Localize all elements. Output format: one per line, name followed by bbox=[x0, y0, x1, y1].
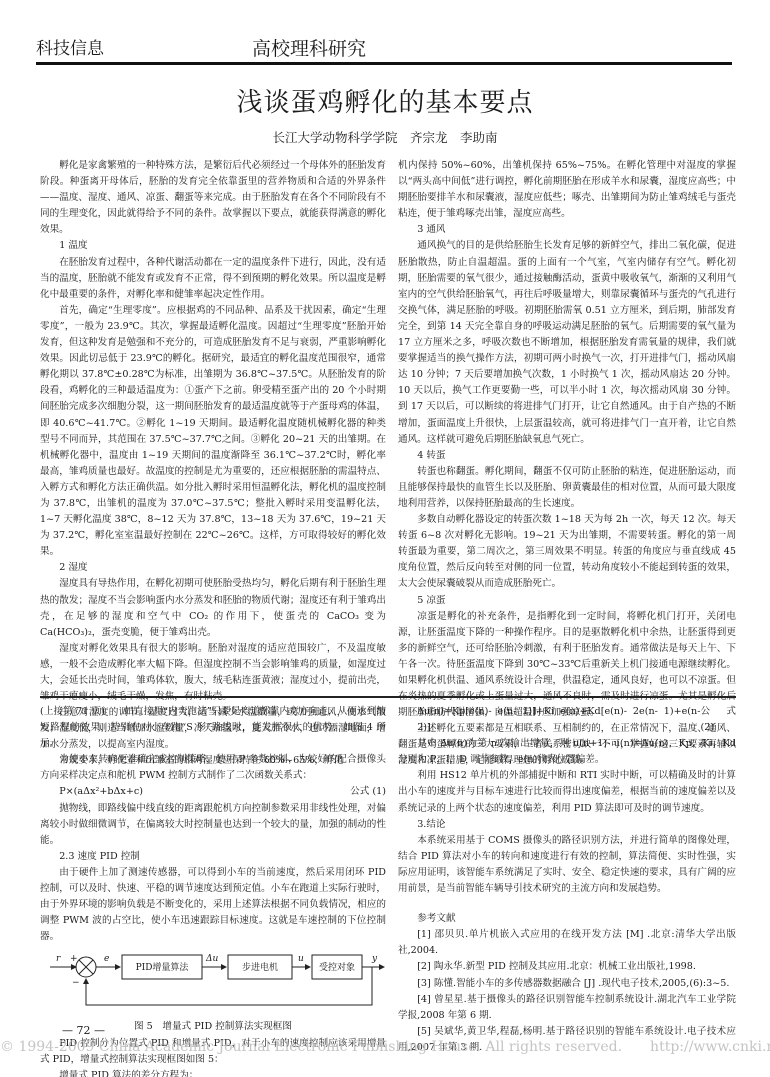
right-column-top: 机内保持 50%~60%，出雏机保持 65%~75%。在孵化管理中对湿度的掌握以… bbox=[398, 158, 736, 770]
minus-sign: − bbox=[72, 975, 80, 991]
paragraph: 湿度具有导热作用，在孵化初期可使胚胎受热均匀，孵化后期有利于胚胎生理热的散发；湿… bbox=[40, 576, 386, 640]
paragraph: 本系统采用基于 COMS 摄像头的路径识别方法，并进行简单的图像处理，结合 PI… bbox=[398, 833, 736, 897]
signal-delta-u: Δu bbox=[206, 951, 218, 967]
paragraph: 转蛋也称翻蛋。孵化期间，翻蛋不仅可防止胚胎的粘连，促进胚胎运动，而且能够保持最快… bbox=[398, 464, 736, 512]
formula-1-label: 公式 (1) bbox=[350, 784, 386, 800]
article-divider bbox=[40, 696, 736, 698]
reference-item: [3] 陈懂.智能小车的多传感器数据融合 [J] .现代电子技术,2005,(6… bbox=[398, 976, 736, 992]
right-column-bottom: Δu(n)=Kp[e(n)- e(n- 1)]+Ki e(n)+Kd[e(n)-… bbox=[398, 704, 736, 1056]
section-heading-turning: 4 转蛋 bbox=[398, 448, 736, 464]
journal-header: 科技信息 高校理科研究 bbox=[36, 34, 736, 64]
left-column-bottom: (上接第 71 页) 如直接用“内弯跑法”只要是弯道都靠内弯方向走，从而达到缩短… bbox=[40, 704, 386, 1077]
formula-1-expression: P×(aΔx²+bΔx+c) bbox=[59, 784, 143, 800]
pid-block-diagram: r + − e PID增量算法 Δu 步进电机 u 受控对象 y bbox=[40, 947, 386, 1019]
paragraph: 增量式 PID 算法的差分方程为： bbox=[40, 1068, 386, 1077]
paragraph: 孵化是家禽繁殖的一种特殊方法，是繁衍后代必须经过一个母体外的胚胎发育阶段。种蛋离… bbox=[40, 158, 386, 238]
signal-y: y bbox=[372, 951, 377, 967]
paragraph: 其中 Δu(n)为第 n 次输出增量，则 u(n+1)- u(n)=Δu(n)，… bbox=[398, 736, 736, 768]
block-controlled-object: 受控对象 bbox=[312, 960, 362, 976]
copyright-footer: © 1994-2009 China Academic Journal Elect… bbox=[0, 1036, 770, 1056]
section-heading-conclusion: 3.结论 bbox=[398, 817, 736, 833]
paragraph: 首先，确定“生理零度”。应根据鸡的不同品种、品系及干扰因素，确定“生理零度”，一… bbox=[40, 303, 386, 561]
section-heading-speed-pid: 2.3 速度 PID 控制 bbox=[40, 849, 386, 865]
reference-item: [2] 陶永华.新型 PID 控制及其应用.北京：机械工业出版社,1998. bbox=[398, 959, 736, 975]
signal-r: r bbox=[56, 951, 60, 967]
paragraph: 通风换气的目的是供给胚胎生长发育足够的新鲜空气，排出二氧化碳，促进胚胎散热，防止… bbox=[398, 238, 736, 447]
formula-1: P×(aΔx²+bΔx+c) 公式 (1) bbox=[40, 784, 386, 800]
reference-item: [4] 曾星星.基于摄像头的路径识别智能车控制系统设计.湖北汽车工业学院学报,2… bbox=[398, 992, 736, 1024]
references-title: 参考文献 bbox=[398, 911, 736, 927]
signal-e: e bbox=[104, 951, 109, 967]
plus-sign: + bbox=[70, 951, 78, 967]
journal-name: 科技信息 bbox=[36, 34, 104, 59]
paragraph: 由于硬件上加了测速传感器，可以得到小车的当前速度，然后采用闭环 PID 控制，可… bbox=[40, 865, 386, 945]
continued-paragraph: (上接第 71 页) 如直接用“内弯跑法”只要是弯道都靠内弯方向走，从而达到缩短… bbox=[40, 704, 386, 752]
section-heading-ventilation: 3 通风 bbox=[398, 222, 736, 238]
paragraph: 利用 HS12 单片机的外部捕捉中断和 RTI 实时中断，可以精确及时的计算出小… bbox=[398, 768, 736, 816]
section-heading-temperature: 1 温度 bbox=[40, 238, 386, 254]
signal-u: u bbox=[298, 951, 304, 967]
left-column-top: 孵化是家禽繁殖的一种特殊方法，是繁衍后代必须经过一个母体外的胚胎发育阶段。种蛋离… bbox=[40, 158, 386, 770]
section-heading-humidity: 2 湿度 bbox=[40, 560, 386, 576]
formula-2: Δu(n)=Kp[e(n)- e(n- 1)]+Ki e(n)+Kd[e(n)-… bbox=[398, 704, 736, 736]
block-stepper-motor: 步进电机 bbox=[228, 960, 292, 976]
article-title: 浅谈蛋鸡孵化的基本要点 bbox=[0, 82, 770, 119]
article-authors: 长江大学动物科学学院 齐宗龙 李助南 bbox=[0, 128, 770, 146]
paragraph: 抛物线，即路线偏中线直线的距离跟舵机方向控制参数采用非线性处理，对偏离较小时做细… bbox=[40, 801, 386, 849]
references: 参考文献 [1] 邵贝贝.单片机嵌入式应用的在线开发方法 [M] .北京:清华大… bbox=[398, 911, 736, 1056]
block-pid-increment: PID增量算法 bbox=[122, 960, 202, 976]
journal-section: 高校理科研究 bbox=[252, 34, 366, 61]
header-rule bbox=[36, 62, 732, 65]
section-heading-cooling: 5 凉蛋 bbox=[398, 593, 736, 609]
formula-2-expression: Δu(n)=Kp[e(n)- e(n- 1)]+Ki e(n)+Kd[e(n)-… bbox=[417, 704, 700, 736]
paragraph: 多数自动孵化器设定的转蛋次数 1~18 天为每 2h 一次，每天 12 次。每天… bbox=[398, 512, 736, 592]
reference-item: [1] 邵贝贝.单片机嵌入式应用的在线开发方法 [M] .北京:清华大学出版社,… bbox=[398, 927, 736, 959]
formula-2-label: 公式 (2) bbox=[700, 704, 736, 736]
paragraph: 机内保持 50%~60%，出雏机保持 65%~75%。在孵化管理中对湿度的掌握以… bbox=[398, 158, 736, 222]
paragraph: 在胚胎发育过程中，各种代谢活动都在一定的温度条件下进行，因此，没有适当的温度，胚… bbox=[40, 255, 386, 303]
paragraph: 为使小车转向更准确完成控制策略，使用 P 参数控制，为较好的配合摄像头方向采样决… bbox=[40, 752, 386, 784]
